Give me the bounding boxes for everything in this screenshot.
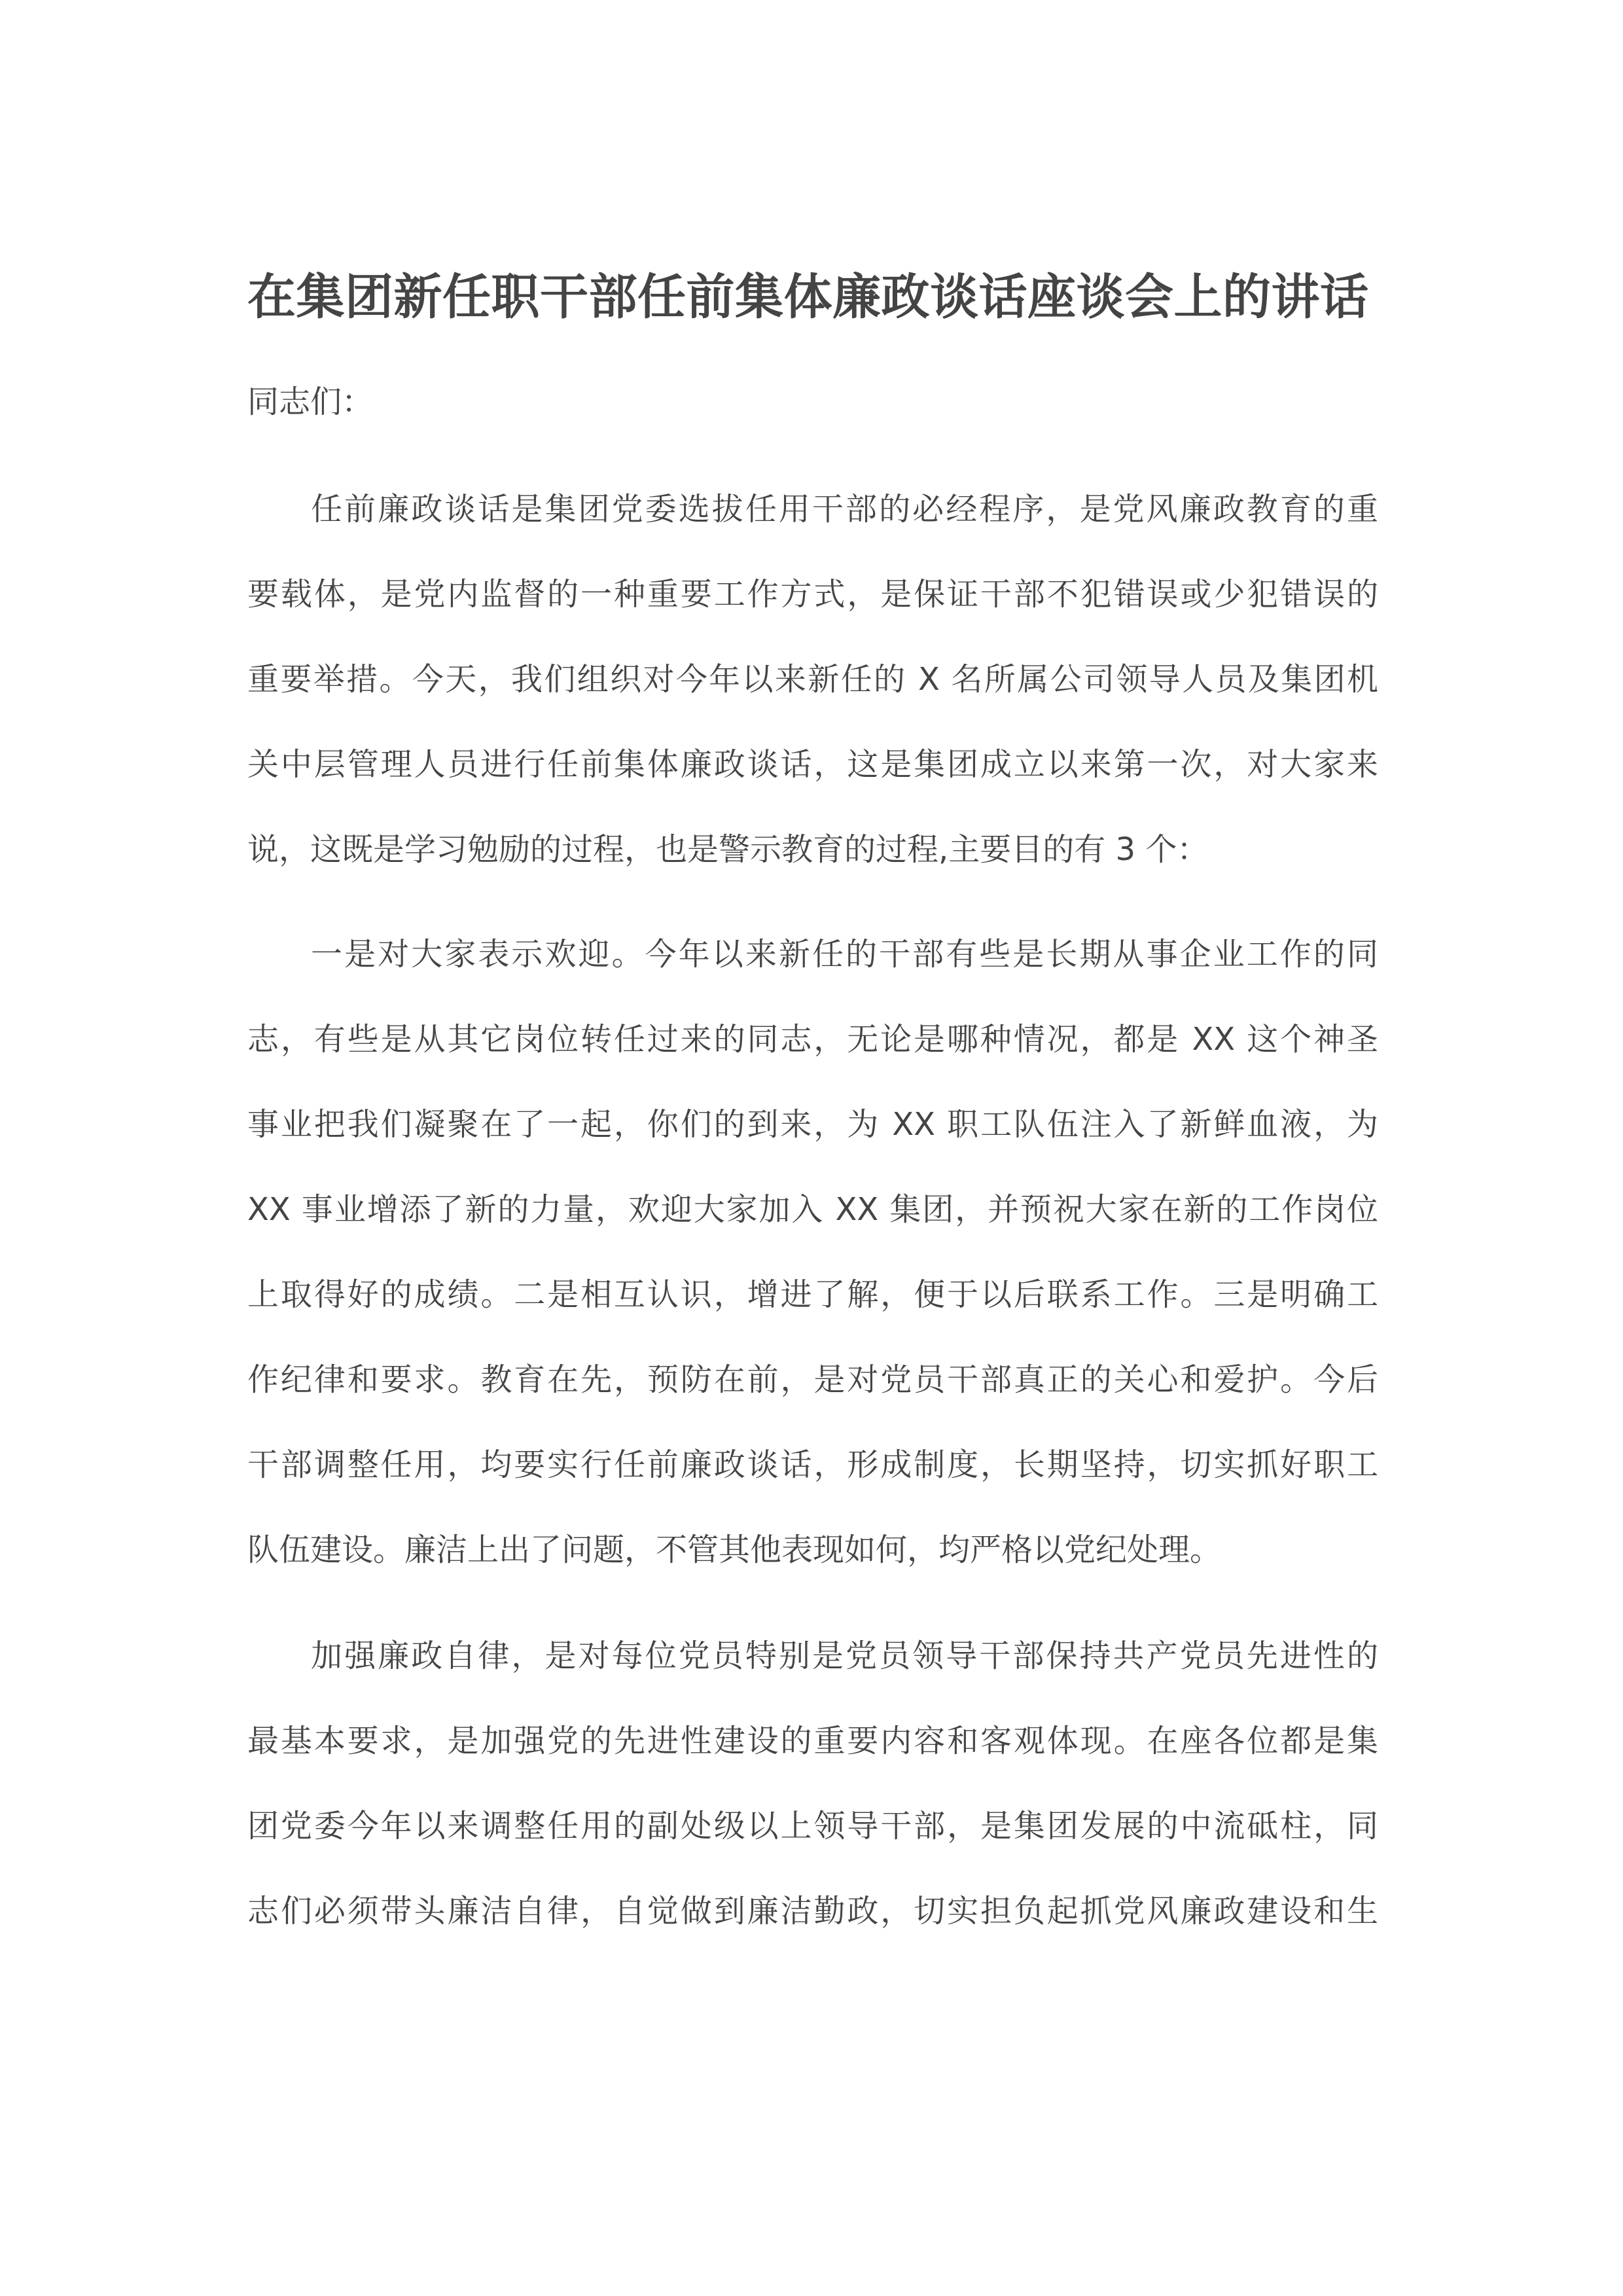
- paragraph-line: 重要举措。今天，我们组织对今年以来新任的 X 名所属公司领导人员及集团机: [247, 656, 1378, 703]
- paragraph-line: 志们必须带头廉洁自律，自觉做到廉洁勤政，切实担负起抓党风廉政建设和生: [247, 1888, 1378, 1935]
- paragraph-line: 要载体，是党内监督的一种重要工作方式，是保证干部不犯错误或少犯错误的: [247, 571, 1378, 618]
- paragraph-line: 一是对大家表示欢迎。今年以来新任的干部有些是长期从事企业工作的同: [311, 931, 1378, 978]
- salutation: 同志们：: [247, 378, 373, 425]
- paragraph-line: 干部调整任用，均要实行任前廉政谈话，形成制度，长期坚持，切实抓好职工: [247, 1441, 1378, 1488]
- paragraph-line: 加强廉政自律，是对每位党员特别是党员领导干部保持共产党员先进性的: [311, 1632, 1378, 1679]
- paragraph-line: 任前廉政谈话是集团党委选拔任用干部的必经程序，是党风廉政教育的重: [311, 486, 1378, 533]
- document-title: 在集团新任职干部任前集体廉政谈话座谈会上的讲话: [247, 264, 1378, 330]
- paragraph-line: 事业把我们凝聚在了一起，你们的到来，为 XX 职工队伍注入了新鲜血液，为: [247, 1101, 1378, 1148]
- paragraph-line: 团党委今年以来调整任用的副处级以上领导干部，是集团发展的中流砥柱，同: [247, 1803, 1378, 1850]
- paragraph-line: XX 事业增添了新的力量，欢迎大家加入 XX 集团，并预祝大家在新的工作岗位: [247, 1186, 1378, 1233]
- paragraph-line: 队伍建设。廉洁上出了问题，不管其他表现如何，均严格以党纪处理。: [247, 1526, 1378, 1573]
- paragraph-line: 最基本要求，是加强党的先进性建设的重要内容和客观体现。在座各位都是集: [247, 1717, 1378, 1765]
- paragraph-line: 说，这既是学习勉励的过程，也是警示教育的过程,主要目的有 3 个：: [247, 826, 1378, 873]
- paragraph-line: 上取得好的成绩。二是相互认识，增进了解，便于以后联系工作。三是明确工: [247, 1271, 1378, 1318]
- document-page: 在集团新任职干部任前集体廉政谈话座谈会上的讲话 同志们： 任前廉政谈话是集团党委…: [0, 0, 1623, 2296]
- paragraph-line: 志，有些是从其它岗位转任过来的同志，无论是哪种情况，都是 XX 这个神圣: [247, 1016, 1378, 1063]
- paragraph-line: 作纪律和要求。教育在先，预防在前，是对党员干部真正的关心和爱护。今后: [247, 1356, 1378, 1403]
- paragraph-line: 关中层管理人员进行任前集体廉政谈话，这是集团成立以来第一次，对大家来: [247, 741, 1378, 788]
